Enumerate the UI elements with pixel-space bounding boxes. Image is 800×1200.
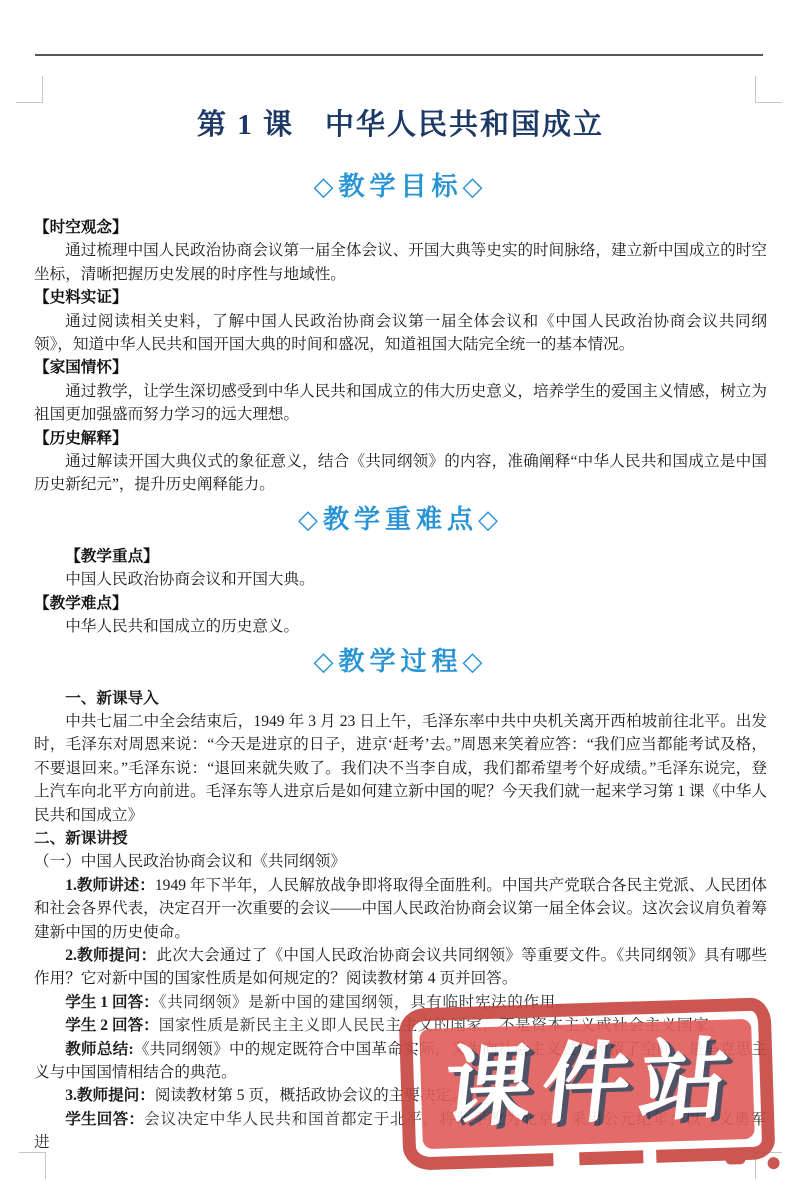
item-text: 会议决定中华人民共和国首都定于北平，将北平改为北京；采用公元纪年；以《义勇军进 <box>34 1111 767 1151</box>
item-text: 《共同纲领》是新中国的建国纲领，具有临时宪法的作用。 <box>159 994 572 1011</box>
item-label: 3.教师提问： <box>65 1087 155 1104</box>
goal-head-1: 【时空观念】 <box>34 216 767 239</box>
item-label: 学生 1 回答： <box>65 994 159 1011</box>
goal-head-3: 【家国情怀】 <box>34 356 767 379</box>
item-text: 阅读教材第 5 页，概括政协会议的主要决定。 <box>155 1087 467 1104</box>
item-label: 1.教师讲述： <box>65 877 155 894</box>
process-intro-head: 一、新课导入 <box>34 687 767 710</box>
document-page: 第 1 课 中华人民共和国成立 ◇教学目标◇ 【时空观念】 通过梳理中国人民政治… <box>0 0 800 1200</box>
page-title: 第 1 课 中华人民共和国成立 <box>34 0 767 144</box>
process-item-4: 学生 2 回答：国家性质是新民主主义即人民民主主义的国家，不是资本主义或社会主义… <box>34 1014 767 1037</box>
process-item-5: 教师总结:《共同纲领》中的规定既符合中国革命实际，又为向社会主义过渡预留了空间，… <box>34 1038 767 1085</box>
item-label: 教师总结: <box>65 1041 134 1058</box>
stamp-ink-dot <box>725 1153 745 1165</box>
process-item-2: 2.教师提问：此次大会通过了《中国人民政治协商会议共同纲领》等重要文件。《共同纲… <box>34 944 767 991</box>
item-label: 学生回答： <box>65 1111 144 1128</box>
item-label: 学生 2 回答： <box>65 1017 159 1034</box>
item-label: 2.教师提问： <box>65 947 156 964</box>
document-body: 第 1 课 中华人民共和国成立 ◇教学目标◇ 【时空观念】 通过梳理中国人民政治… <box>34 0 767 1155</box>
item-text: 《共同纲领》中的规定既符合中国革命实际，又为向社会主义过渡预留了空间，是马克思主… <box>34 1041 767 1081</box>
goal-text-1: 通过梳理中国人民政治协商会议第一届全体会议、开国大典等史实的时间脉络，建立新中国… <box>34 239 767 286</box>
margin-mark-bottom-right <box>755 1152 782 1179</box>
focus-text: 中国人民政治协商会议和开国大典。 <box>34 568 767 591</box>
heading-key-points: ◇教学重难点◇ <box>34 503 767 537</box>
goal-head-4: 【历史解释】 <box>34 427 767 450</box>
goal-text-2: 通过阅读相关史料，了解中国人民政治协商会议第一届全体会议和《中国人民政治协商会议… <box>34 310 767 357</box>
goal-head-2: 【史料实证】 <box>34 286 767 309</box>
heading-teaching-goals: ◇教学目标◇ <box>34 170 767 204</box>
focus-head: 【教学重点】 <box>34 545 767 568</box>
process-item-6: 3.教师提问：阅读教材第 5 页，概括政协会议的主要决定。 <box>34 1084 767 1107</box>
heading-teaching-process: ◇教学过程◇ <box>34 645 767 679</box>
process-subtitle-1: （一）中国人民政治协商会议和《共同纲领》 <box>34 850 767 873</box>
goal-text-3: 通过教学，让学生深切感受到中华人民共和国成立的伟大历史意义，培养学生的爱国主义情… <box>34 380 767 427</box>
process-item-1: 1.教师讲述：1949 年下半年，人民解放战争即将取得全面胜利。中国共产党联合各… <box>34 874 767 944</box>
margin-mark-bottom-left <box>19 1152 46 1179</box>
difficulty-text: 中华人民共和国成立的历史意义。 <box>34 615 767 638</box>
process-intro-text: 中共七届二中全会结束后，1949 年 3 月 23 日上午，毛泽东率中共中央机关… <box>34 710 767 827</box>
process-item-3: 学生 1 回答：《共同纲领》是新中国的建国纲领，具有临时宪法的作用。 <box>34 991 767 1014</box>
difficulty-head: 【教学难点】 <box>34 592 767 615</box>
process-teach-head: 二、新课讲授 <box>34 827 767 850</box>
goal-text-4: 通过解读开国大典仪式的象征意义，结合《共同纲领》的内容，准确阐释“中华人民共和国… <box>34 450 767 497</box>
process-item-7: 学生回答：会议决定中华人民共和国首都定于北平，将北平改为北京；采用公元纪年；以《… <box>34 1108 767 1155</box>
item-text: 国家性质是新民主主义即人民民主主义的国家，不是资本主义或社会主义国家。 <box>159 1017 726 1034</box>
